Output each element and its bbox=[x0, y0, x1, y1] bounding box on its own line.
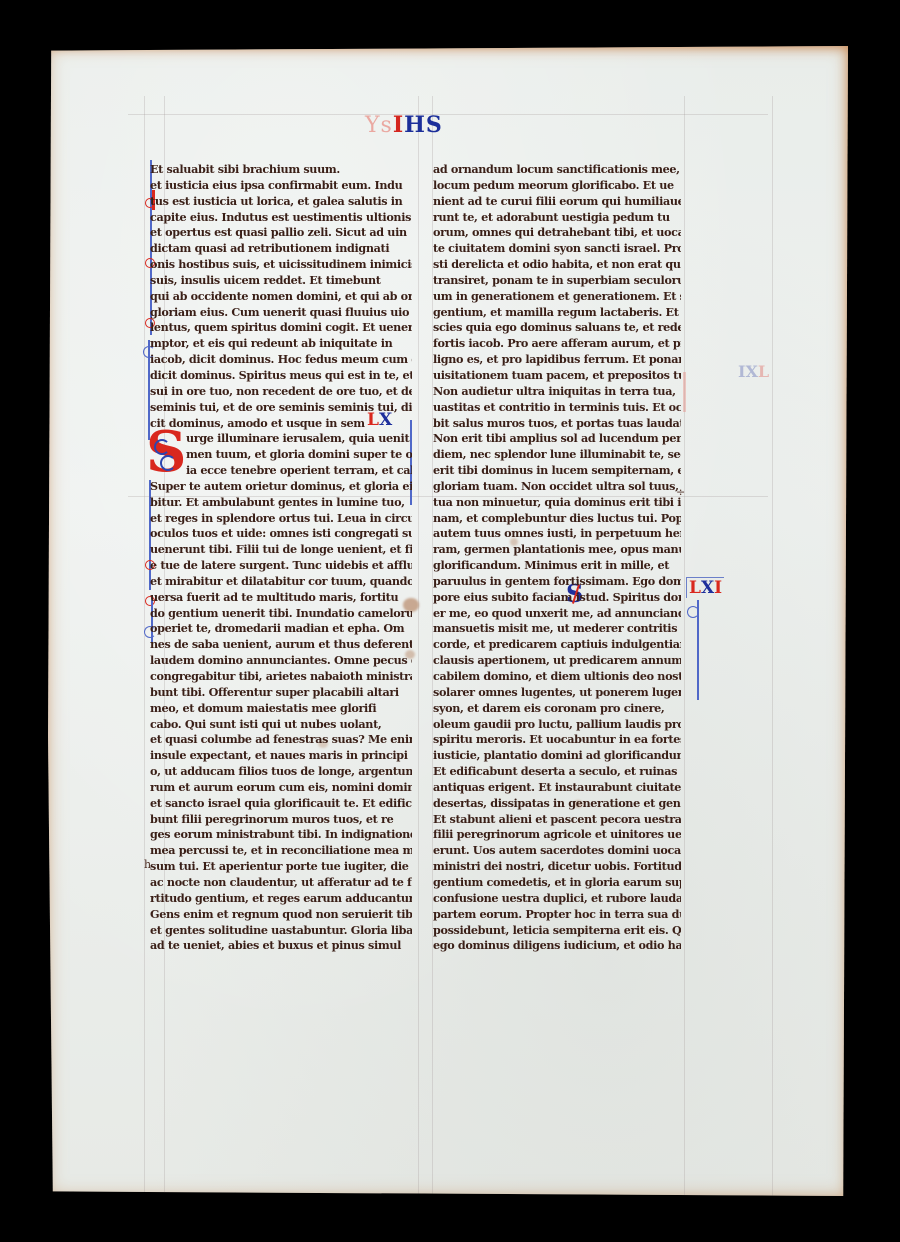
text-line: et quasi columbe ad fenestras suas? Me e… bbox=[150, 732, 412, 748]
text-line: desertas, dissipatas in generatione et g… bbox=[433, 796, 681, 812]
text-line: e tue de latere surgent. Tunc uidebis et… bbox=[150, 558, 412, 574]
running-header-letter: I bbox=[393, 112, 404, 138]
text-line: rtitudo gentium, et reges earum adducant… bbox=[150, 891, 412, 907]
text-line: cit dominus, amodo et usque in sempitern… bbox=[150, 416, 365, 432]
chapter-number-lxi: LXI bbox=[686, 577, 724, 598]
text-line: men tuum, et gloria domini super te orta… bbox=[150, 447, 412, 463]
chapter-numeral: I bbox=[714, 578, 722, 598]
text-line: nam, et complebuntur dies luctus tui. Po… bbox=[433, 511, 681, 527]
text-line: filii peregrinorum agricole et uinitores… bbox=[433, 827, 681, 843]
text-line: iusticie, plantatio domini ad glorifican… bbox=[433, 748, 681, 764]
text-line: et mirabitur et dilatabitur cor tuum, qu… bbox=[150, 574, 412, 590]
text-line: gentium comedetis, et in gloria earum su… bbox=[433, 875, 681, 891]
text-line: uisitationem tuam pacem, et prepositos t… bbox=[433, 368, 681, 384]
text-line: ram, germen plantationis mee, opus manus… bbox=[433, 542, 681, 558]
text-line: pore eius subito faciam istud. Spiritus … bbox=[433, 590, 681, 606]
chapter-numeral: X bbox=[745, 362, 757, 381]
text-line: ad te ueniet, abies et buxus et pinus si… bbox=[150, 938, 412, 954]
text-line: laudem domino annunciantes. Omne pecus c… bbox=[150, 653, 412, 669]
text-line: et opertus est quasi pallio zeli. Sicut … bbox=[150, 225, 412, 241]
text-line: diem, nec splendor lune illuminabit te, … bbox=[433, 447, 681, 463]
text-line: tus est iusticia ut lorica, et galea sal… bbox=[150, 194, 412, 210]
text-line: rum et aurum eorum cum eis, nomini domin… bbox=[150, 780, 412, 796]
offset-show-through bbox=[683, 372, 686, 412]
text-line: possidebunt, leticia sempiterna erit eis… bbox=[433, 923, 681, 939]
text-line: oculos tuos et uide: omnes isti congrega… bbox=[150, 526, 412, 542]
text-line: lentus, quem spiritus domini cogit. Et u… bbox=[150, 320, 412, 336]
text-line: insule expectant, et naues maris in prin… bbox=[150, 748, 412, 764]
text-line: nient ad te curui filii eorum qui humili… bbox=[433, 194, 681, 210]
text-line: glorificandum. Minimus erit in mille, et bbox=[433, 558, 681, 574]
text-line: autem tuus omnes iusti, in perpetuum her… bbox=[433, 526, 681, 542]
text-line: fortis iacob. Pro aere afferam aurum, et… bbox=[433, 336, 681, 352]
text-column-left: Et saluabit sibi brachium suum. et iusti… bbox=[150, 162, 412, 954]
text-line: uersa fuerit ad te multitudo maris, fort… bbox=[150, 590, 412, 606]
text-line: et gentes solitudine uastabuntur. Gloria… bbox=[150, 923, 412, 939]
text-line: sui in ore tuo, non recedent de ore tuo,… bbox=[150, 384, 412, 400]
text-line: te ciuitatem domini syon sancti israel. … bbox=[433, 241, 681, 257]
text-line: o, ut adducam filios tuos de longe, arge… bbox=[150, 764, 412, 780]
text-line: solarer omnes lugentes, ut ponerem lugen… bbox=[433, 685, 681, 701]
text-line: Et stabunt alieni et pascent pecora uest… bbox=[433, 812, 681, 828]
text-line: bunt tibi. Offerentur super placabili al… bbox=[150, 685, 412, 701]
flourish-curl-icon bbox=[687, 606, 699, 618]
text-line: dicit dominus. Spiritus meus qui est in … bbox=[150, 368, 412, 384]
text-line: spiritu meroris. Et uocabuntur in ea for… bbox=[433, 732, 681, 748]
text-line: operiet te, dromedarii madian et epha. O… bbox=[150, 621, 412, 637]
text-line: iacob, dicit dominus. Hoc fedus meum cum… bbox=[150, 352, 412, 368]
text-line: ia ecce tenebre operient terram, et cali… bbox=[150, 463, 412, 479]
text-line: sum tui. Et aperientur porte tue iugiter… bbox=[150, 859, 412, 875]
text-line: bitur. Et ambulabunt gentes in lumine tu… bbox=[150, 495, 412, 511]
text-line: bunt filii peregrinorum muros tuos, et r… bbox=[150, 812, 412, 828]
text-line: clausis apertionem, ut predicarem annum … bbox=[433, 653, 681, 669]
text-line: Gens enim et regnum quod non seruierit t… bbox=[150, 907, 412, 923]
text-line: congregabitur tibi, arietes nabaioth min… bbox=[150, 669, 412, 685]
text-line: suis, insulis uicem reddet. Et timebunt bbox=[150, 273, 412, 289]
text-line: mptor, et eis qui redeunt ab iniquitate … bbox=[150, 336, 412, 352]
ruling-line bbox=[684, 96, 685, 1196]
text-line: dictam quasi ad retributionem indignati bbox=[150, 241, 412, 257]
text-line: Et edificabunt deserta a seculo, et ruin… bbox=[433, 764, 681, 780]
text-line: cabilem domino, et diem ultionis deo nos… bbox=[433, 669, 681, 685]
text-line: runt te, et adorabunt uestigia pedum tu bbox=[433, 210, 681, 226]
text-line: Non erit tibi amplius sol ad lucendum pe… bbox=[433, 431, 681, 447]
text-line: um in generationem et generationem. Et s… bbox=[433, 289, 681, 305]
text-line: syon, et darem eis coronam pro cinere, bbox=[433, 701, 681, 717]
text-line: er me, eo quod unxerit me, ad annunciand… bbox=[433, 606, 681, 622]
text-line: Super te autem orietur dominus, et glori… bbox=[150, 479, 412, 495]
text-line: confusione uestra duplici, et rubore lau… bbox=[433, 891, 681, 907]
text-line: oleum gaudii pro luctu, pallium laudis p… bbox=[433, 717, 681, 733]
running-header-letter: H bbox=[404, 112, 426, 138]
text-line: urge illuminare ierusalem, quia uenit lu bbox=[150, 431, 412, 447]
text-line: uenerunt tibi. Filii tui de longe uenien… bbox=[150, 542, 412, 558]
text-line: et sancto israel quia glorificauit te. E… bbox=[150, 796, 412, 812]
text-line: mansuetis misit me, ut mederer contritis bbox=[433, 621, 681, 637]
text-line: ad ornandum locum sanctificationis mee, … bbox=[433, 162, 681, 178]
text-line: Non audietur ultra iniquitas in terra tu… bbox=[433, 384, 681, 400]
text-line: locum pedum meorum glorificabo. Et ue bbox=[433, 178, 681, 194]
text-line: cabo. Qui sunt isti qui ut nubes uolant, bbox=[150, 717, 412, 733]
text-line: scies quia ego dominus saluans te, et re… bbox=[433, 320, 681, 336]
text-line: et iusticia eius ipsa confirmabit eum. I… bbox=[150, 178, 412, 194]
text-line: capite eius. Indutus est uestimentis ult… bbox=[150, 210, 412, 226]
text-line: erunt. Uos autem sacerdotes domini uocab… bbox=[433, 843, 681, 859]
text-line: nes de saba uenient, aurum et thus defer… bbox=[150, 637, 412, 653]
text-line: meo, et domum maiestatis mee glorifi bbox=[150, 701, 412, 717]
running-header-faint: Ys bbox=[365, 113, 393, 138]
text-line: uastitas et contritio in terminis tuis. … bbox=[433, 400, 681, 416]
text-line: do gentium uenerit tibi. Inundatio camel… bbox=[150, 606, 412, 622]
ruling-line bbox=[772, 96, 773, 1196]
text-line: onis hostibus suis, et uicissitudinem in… bbox=[150, 257, 412, 273]
text-line: partem eorum. Propter hoc in terra sua d… bbox=[433, 907, 681, 923]
running-header: YsIHS bbox=[365, 112, 485, 142]
running-header-letter: S bbox=[426, 112, 443, 138]
text-line: antiquas erigent. Et instaurabunt ciuita… bbox=[433, 780, 681, 796]
chapter-number-show-through: IXL bbox=[738, 362, 769, 381]
text-line: gloriam tuam. Non occidet ultra sol tuus… bbox=[433, 479, 681, 495]
text-line: gloriam eius. Cum uenerit quasi fluuius … bbox=[150, 305, 412, 321]
chapter-numeral: L bbox=[689, 578, 701, 598]
text-line: tua non minuetur, quia dominus erit tibi… bbox=[433, 495, 681, 511]
text-line: qui ab occidente nomen domini, et qui ab… bbox=[150, 289, 412, 305]
text-line: mea percussi te, et in reconciliatione m… bbox=[150, 843, 412, 859]
text-line: Et saluabit sibi brachium suum. bbox=[150, 162, 412, 178]
text-line: gentium, et mamilla regum lactaberis. Et bbox=[433, 305, 681, 321]
text-line: ego dominus diligens iudicium, et odio h… bbox=[433, 938, 681, 954]
chapter-numeral: X bbox=[701, 578, 714, 598]
text-line: ministri dei nostri, dicetur uobis. Fort… bbox=[433, 859, 681, 875]
text-line: ges eorum ministrabunt tibi. In indignat… bbox=[150, 827, 412, 843]
text-line: erit tibi dominus in lucem sempiternam, … bbox=[433, 463, 681, 479]
ruling-line bbox=[418, 96, 419, 1196]
text-line: corde, et predicarem captiuis indulgenti… bbox=[433, 637, 681, 653]
text-line: et reges in splendore ortus tui. Leua in… bbox=[150, 511, 412, 527]
text-line: ac nocte non claudentur, ut afferatur ad… bbox=[150, 875, 412, 891]
chapter-numeral: L bbox=[758, 362, 769, 381]
text-line: transiret, ponam te in superbiam seculor… bbox=[433, 273, 681, 289]
text-line: sti derelicta et odio habita, et non era… bbox=[433, 257, 681, 273]
text-column-right: ad ornandum locum sanctificationis mee, … bbox=[433, 162, 681, 954]
text-line: paruulus in gentem fortissimam. Ego domi… bbox=[433, 574, 681, 590]
text-line: seminis tui, et de ore seminis seminis t… bbox=[150, 400, 412, 416]
text-line: bit salus muros tuos, et portas tuas lau… bbox=[433, 416, 681, 432]
text-line: ligno es, et pro lapidibus ferrum. Et po… bbox=[433, 352, 681, 368]
text-line: orum, omnes qui detrahebant tibi, et uoc… bbox=[433, 225, 681, 241]
